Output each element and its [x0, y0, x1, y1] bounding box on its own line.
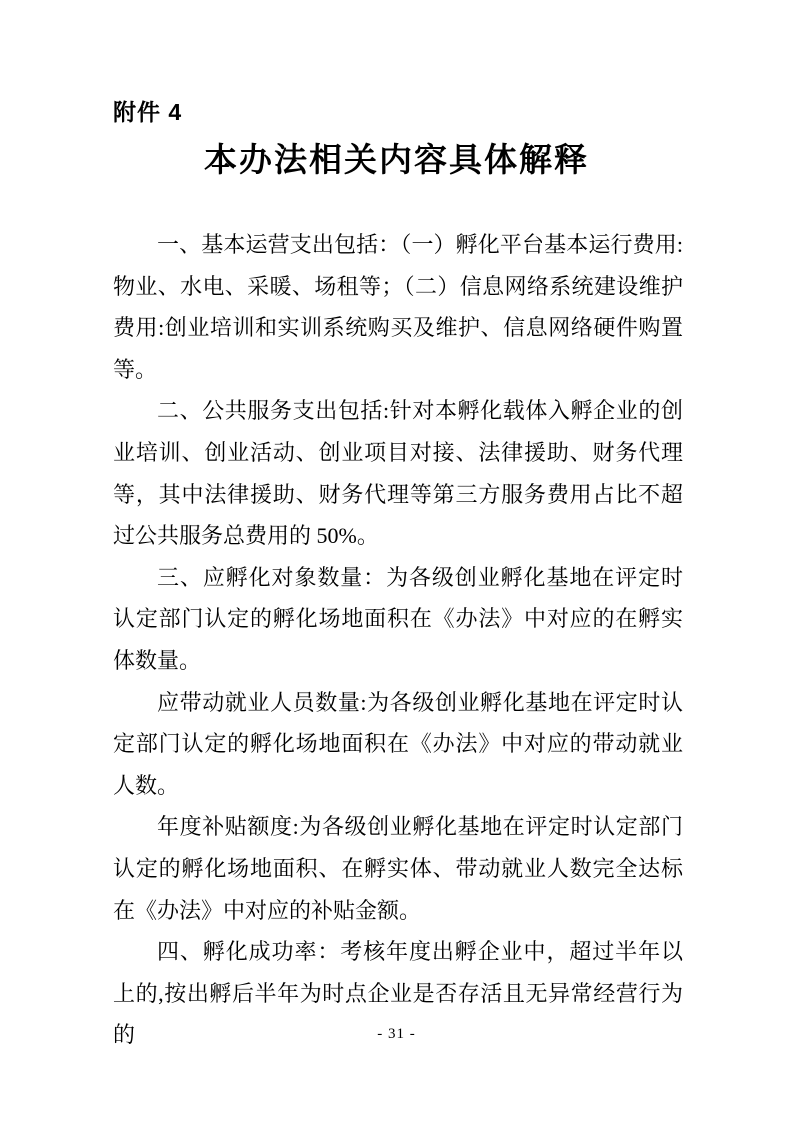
document-page: 附件 4 本办法相关内容具体解释 一、基本运营支出包括：（一）孵化平台基本运行费… — [0, 0, 793, 1122]
document-title: 本办法相关内容具体解释 — [0, 134, 793, 181]
page-number: - 31 - — [0, 1026, 793, 1043]
attachment-label: 附件 4 — [113, 94, 182, 127]
document-body: 一、基本运营支出包括：（一）孵化平台基本运行费用:物业、水电、采暖、场租等；（二… — [113, 224, 683, 1056]
paragraph-basic-operating-expenses: 一、基本运营支出包括：（一）孵化平台基本运行费用:物业、水电、采暖、场租等；（二… — [113, 224, 683, 390]
paragraph-public-service-expenses: 二、公共服务支出包括:针对本孵化载体入孵企业的创业培训、创业活动、创业项目对接、… — [113, 390, 683, 556]
paragraph-incubation-target-quantity: 三、应孵化对象数量：为各级创业孵化基地在评定时认定部门认定的孵化场地面积在《办法… — [113, 557, 683, 682]
paragraph-employment-driven-quantity: 应带动就业人员数量:为各级创业孵化基地在评定时认定部门认定的孵化场地面积在《办法… — [113, 682, 683, 807]
paragraph-annual-subsidy-quota: 年度补贴额度:为各级创业孵化基地在评定时认定部门认定的孵化场地面积、在孵实体、带… — [113, 806, 683, 931]
